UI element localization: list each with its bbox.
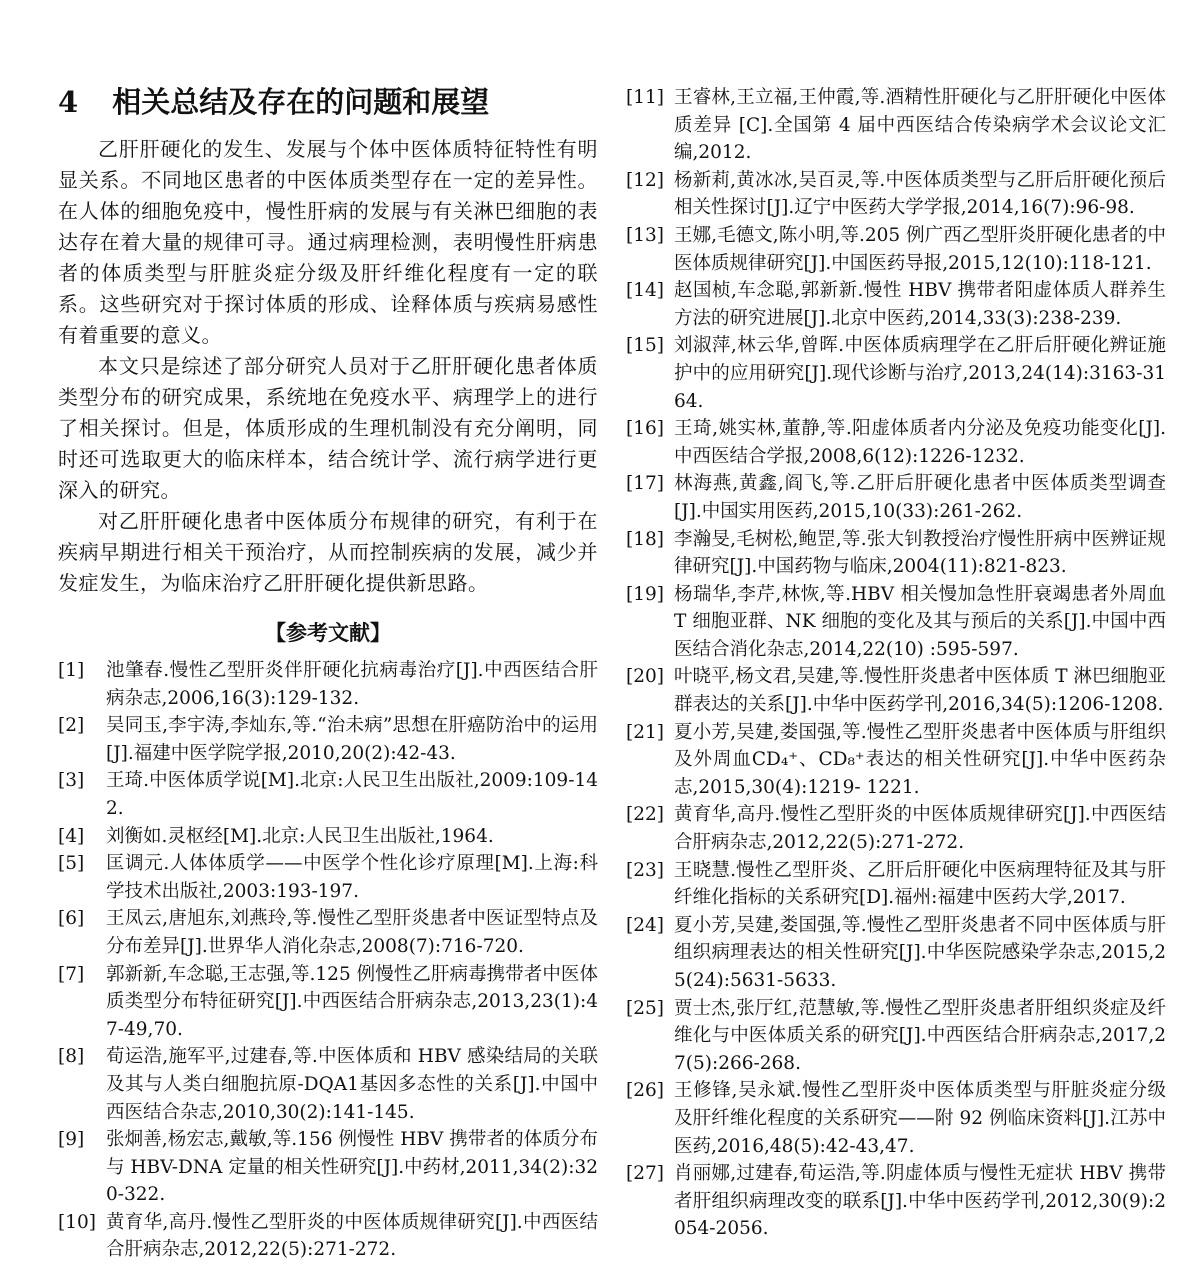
reference-text: 刘衡如.灵枢经[M].北京:人民卫生出版社,1964. bbox=[106, 823, 598, 851]
reference-text: 赵国桢,车念聪,郭新新.慢性 HBV 携带者阳虚体质人群养生方法的研究进展[J]… bbox=[674, 277, 1166, 332]
right-column: [11]王睿林,王立福,王仲霞,等.酒精性肝硬化与乙肝肝硬化中医体质差异 [C]… bbox=[626, 84, 1166, 1264]
reference-text: 王琦.中医体质学说[M].北京:人民卫生出版社,2009:109-142. bbox=[106, 767, 598, 822]
reference-number: [21] bbox=[626, 719, 674, 802]
reference-text: 贾士杰,张厅红,范慧敏,等.慢性乙型肝炎患者肝组织炎症及纤维化与中医体质关系的研… bbox=[674, 995, 1166, 1078]
reference-number: [9] bbox=[58, 1126, 106, 1209]
reference-item: [5]匡调元.人体体质学——中医学个性化诊疗原理[M].上海:科学技术出版社,2… bbox=[58, 850, 598, 905]
reference-number: [23] bbox=[626, 857, 674, 912]
reference-text: 黄育华,高丹.慢性乙型肝炎的中医体质规律研究[J].中西医结合肝病杂志,2012… bbox=[674, 801, 1166, 856]
reference-item: [4]刘衡如.灵枢经[M].北京:人民卫生出版社,1964. bbox=[58, 823, 598, 851]
reference-item: [16]王琦,姚实林,董静,等.阳虚体质者内分泌及免疫功能变化[J].中西医结合… bbox=[626, 415, 1166, 470]
reference-text: 叶晓平,杨文君,吴建,等.慢性肝炎患者中医体质 T 淋巴细胞亚群表达的关系[J]… bbox=[674, 663, 1166, 718]
reference-item: [15]刘淑萍,林云华,曾晖.中医体质病理学在乙肝后肝硬化辨证施护中的应用研究[… bbox=[626, 332, 1166, 415]
reference-text: 王凤云,唐旭东,刘燕玲,等.慢性乙型肝炎患者中医证型特点及分布差异[J].世界华… bbox=[106, 905, 598, 960]
reference-text: 王睿林,王立福,王仲霞,等.酒精性肝硬化与乙肝肝硬化中医体质差异 [C].全国第… bbox=[674, 84, 1166, 167]
reference-item: [12]杨新莉,黄冰冰,吴百灵,等.中医体质类型与乙肝后肝硬化预后相关性探讨[J… bbox=[626, 167, 1166, 222]
reference-item: [18]李瀚旻,毛树松,鲍罡,等.张大钊教授治疗慢性肝病中医辨证规律研究[J].… bbox=[626, 526, 1166, 581]
reference-number: [26] bbox=[626, 1077, 674, 1160]
section-number: 4 bbox=[58, 84, 78, 120]
reference-item: [11]王睿林,王立福,王仲霞,等.酒精性肝硬化与乙肝肝硬化中医体质差异 [C]… bbox=[626, 84, 1166, 167]
reference-text: 王修锋,吴永斌.慢性乙型肝炎中医体质类型与肝脏炎症分级及肝纤维化程度的关系研究—… bbox=[674, 1077, 1166, 1160]
reference-number: [15] bbox=[626, 332, 674, 415]
reference-number: [25] bbox=[626, 995, 674, 1078]
reference-number: [17] bbox=[626, 470, 674, 525]
reference-text: 王晓慧.慢性乙型肝炎、乙肝后肝硬化中医病理特征及其与肝纤维化指标的关系研究[D]… bbox=[674, 857, 1166, 912]
reference-number: [18] bbox=[626, 526, 674, 581]
reference-list-left: [1]池肇春.慢性乙型肝炎伴肝硬化抗病毒治疗[J].中西医结合肝病杂志,2006… bbox=[58, 657, 598, 1264]
reference-text: 李瀚旻,毛树松,鲍罡,等.张大钊教授治疗慢性肝病中医辨证规律研究[J].中国药物… bbox=[674, 526, 1166, 581]
reference-text: 吴同玉,李宇涛,李灿东,等.“治未病”思想在肝癌防治中的运用[J].福建中医学院… bbox=[106, 712, 598, 767]
reference-number: [11] bbox=[626, 84, 674, 167]
reference-item: [19]杨瑞华,李芹,林恢,等.HBV 相关慢加急性肝衰竭患者外周血 T 细胞亚… bbox=[626, 581, 1166, 664]
reference-number: [13] bbox=[626, 222, 674, 277]
reference-number: [1] bbox=[58, 657, 106, 712]
reference-text: 荀运浩,施军平,过建春,等.中医体质和 HBV 感染结局的关联及其与人类白细胞抗… bbox=[106, 1043, 598, 1126]
reference-number: [3] bbox=[58, 767, 106, 822]
reference-number: [14] bbox=[626, 277, 674, 332]
reference-number: [7] bbox=[58, 961, 106, 1044]
reference-item: [2]吴同玉,李宇涛,李灿东,等.“治未病”思想在肝癌防治中的运用[J].福建中… bbox=[58, 712, 598, 767]
body-paragraph: 本文只是综述了部分研究人员对于乙肝肝硬化患者体质类型分布的研究成果，系统地在免疫… bbox=[58, 351, 598, 506]
reference-number: [12] bbox=[626, 167, 674, 222]
reference-number: [5] bbox=[58, 850, 106, 905]
reference-item: [14]赵国桢,车念聪,郭新新.慢性 HBV 携带者阳虚体质人群养生方法的研究进… bbox=[626, 277, 1166, 332]
reference-list-right: [11]王睿林,王立福,王仲霞,等.酒精性肝硬化与乙肝肝硬化中医体质差异 [C]… bbox=[626, 84, 1166, 1243]
reference-item: [17]林海燕,黄鑫,阎飞,等.乙肝后肝硬化患者中医体质类型调查[J].中国实用… bbox=[626, 470, 1166, 525]
reference-number: [6] bbox=[58, 905, 106, 960]
paper-page: 4 相关总结及存在的问题和展望 乙肝肝硬化的发生、发展与个体中医体质特征特性有明… bbox=[0, 0, 1192, 1284]
reference-text: 肖丽娜,过建春,荀运浩,等.阴虚体质与慢性无症状 HBV 携带者肝组织病理改变的… bbox=[674, 1160, 1166, 1243]
reference-item: [20]叶晓平,杨文君,吴建,等.慢性肝炎患者中医体质 T 淋巴细胞亚群表达的关… bbox=[626, 663, 1166, 718]
reference-number: [2] bbox=[58, 712, 106, 767]
reference-text: 池肇春.慢性乙型肝炎伴肝硬化抗病毒治疗[J].中西医结合肝病杂志,2006,16… bbox=[106, 657, 598, 712]
reference-number: [16] bbox=[626, 415, 674, 470]
reference-text: 黄育华,高丹.慢性乙型肝炎的中医体质规律研究[J].中西医结合肝病杂志,2012… bbox=[106, 1209, 598, 1264]
left-column: 4 相关总结及存在的问题和展望 乙肝肝硬化的发生、发展与个体中医体质特征特性有明… bbox=[58, 84, 598, 1264]
reference-item: [21]夏小芳,吴建,娄国强,等.慢性乙型肝炎患者中医体质与肝组织及外周血CD₄… bbox=[626, 719, 1166, 802]
body-paragraph: 对乙肝肝硬化患者中医体质分布规律的研究，有利于在疾病早期进行相关干预治疗，从而控… bbox=[58, 506, 598, 599]
reference-item: [23]王晓慧.慢性乙型肝炎、乙肝后肝硬化中医病理特征及其与肝纤维化指标的关系研… bbox=[626, 857, 1166, 912]
reference-number: [19] bbox=[626, 581, 674, 664]
reference-text: 杨新莉,黄冰冰,吴百灵,等.中医体质类型与乙肝后肝硬化预后相关性探讨[J].辽宁… bbox=[674, 167, 1166, 222]
reference-text: 夏小芳,吴建,娄国强,等.慢性乙型肝炎患者不同中医体质与肝组织病理表达的相关性研… bbox=[674, 912, 1166, 995]
references-header: 【参考文献】 bbox=[58, 619, 598, 647]
reference-item: [6]王凤云,唐旭东,刘燕玲,等.慢性乙型肝炎患者中医证型特点及分布差异[J].… bbox=[58, 905, 598, 960]
reference-item: [26]王修锋,吴永斌.慢性乙型肝炎中医体质类型与肝脏炎症分级及肝纤维化程度的关… bbox=[626, 1077, 1166, 1160]
reference-number: [24] bbox=[626, 912, 674, 995]
reference-number: [22] bbox=[626, 801, 674, 856]
reference-number: [4] bbox=[58, 823, 106, 851]
reference-text: 王娜,毛德文,陈小明,等.205 例广西乙型肝炎肝硬化患者的中医体质规律研究[J… bbox=[674, 222, 1166, 277]
section-title: 相关总结及存在的问题和展望 bbox=[112, 84, 489, 120]
reference-item: [24]夏小芳,吴建,娄国强,等.慢性乙型肝炎患者不同中医体质与肝组织病理表达的… bbox=[626, 912, 1166, 995]
reference-number: [8] bbox=[58, 1043, 106, 1126]
reference-number: [10] bbox=[58, 1209, 106, 1264]
body-paragraph: 乙肝肝硬化的发生、发展与个体中医体质特征特性有明显关系。不同地区患者的中医体质类… bbox=[58, 134, 598, 351]
reference-item: [1]池肇春.慢性乙型肝炎伴肝硬化抗病毒治疗[J].中西医结合肝病杂志,2006… bbox=[58, 657, 598, 712]
reference-text: 匡调元.人体体质学——中医学个性化诊疗原理[M].上海:科学技术出版社,2003… bbox=[106, 850, 598, 905]
reference-text: 郭新新,车念聪,王志强,等.125 例慢性乙肝病毒携带者中医体质类型分布特征研究… bbox=[106, 961, 598, 1044]
reference-item: [10]黄育华,高丹.慢性乙型肝炎的中医体质规律研究[J].中西医结合肝病杂志,… bbox=[58, 1209, 598, 1264]
reference-item: [3]王琦.中医体质学说[M].北京:人民卫生出版社,2009:109-142. bbox=[58, 767, 598, 822]
reference-item: [8]荀运浩,施军平,过建春,等.中医体质和 HBV 感染结局的关联及其与人类白… bbox=[58, 1043, 598, 1126]
two-column-layout: 4 相关总结及存在的问题和展望 乙肝肝硬化的发生、发展与个体中医体质特征特性有明… bbox=[58, 84, 1166, 1264]
reference-item: [27]肖丽娜,过建春,荀运浩,等.阴虚体质与慢性无症状 HBV 携带者肝组织病… bbox=[626, 1160, 1166, 1243]
reference-item: [13]王娜,毛德文,陈小明,等.205 例广西乙型肝炎肝硬化患者的中医体质规律… bbox=[626, 222, 1166, 277]
reference-text: 夏小芳,吴建,娄国强,等.慢性乙型肝炎患者中医体质与肝组织及外周血CD₄⁺、CD… bbox=[674, 719, 1166, 802]
reference-text: 杨瑞华,李芹,林恢,等.HBV 相关慢加急性肝衰竭患者外周血 T 细胞亚群、NK… bbox=[674, 581, 1166, 664]
reference-item: [22]黄育华,高丹.慢性乙型肝炎的中医体质规律研究[J].中西医结合肝病杂志,… bbox=[626, 801, 1166, 856]
section-heading: 4 相关总结及存在的问题和展望 bbox=[58, 84, 598, 120]
reference-text: 王琦,姚实林,董静,等.阳虚体质者内分泌及免疫功能变化[J].中西医结合学报,2… bbox=[674, 415, 1166, 470]
reference-text: 刘淑萍,林云华,曾晖.中医体质病理学在乙肝后肝硬化辨证施护中的应用研究[J].现… bbox=[674, 332, 1166, 415]
reference-item: [9]张炯善,杨宏志,戴敏,等.156 例慢性 HBV 携带者的体质分布与 HB… bbox=[58, 1126, 598, 1209]
reference-item: [25]贾士杰,张厅红,范慧敏,等.慢性乙型肝炎患者肝组织炎症及纤维化与中医体质… bbox=[626, 995, 1166, 1078]
reference-item: [7]郭新新,车念聪,王志强,等.125 例慢性乙肝病毒携带者中医体质类型分布特… bbox=[58, 961, 598, 1044]
reference-number: [27] bbox=[626, 1160, 674, 1243]
section-body: 乙肝肝硬化的发生、发展与个体中医体质特征特性有明显关系。不同地区患者的中医体质类… bbox=[58, 134, 598, 599]
reference-text: 林海燕,黄鑫,阎飞,等.乙肝后肝硬化患者中医体质类型调查[J].中国实用医药,2… bbox=[674, 470, 1166, 525]
reference-number: [20] bbox=[626, 663, 674, 718]
reference-text: 张炯善,杨宏志,戴敏,等.156 例慢性 HBV 携带者的体质分布与 HBV-D… bbox=[106, 1126, 598, 1209]
